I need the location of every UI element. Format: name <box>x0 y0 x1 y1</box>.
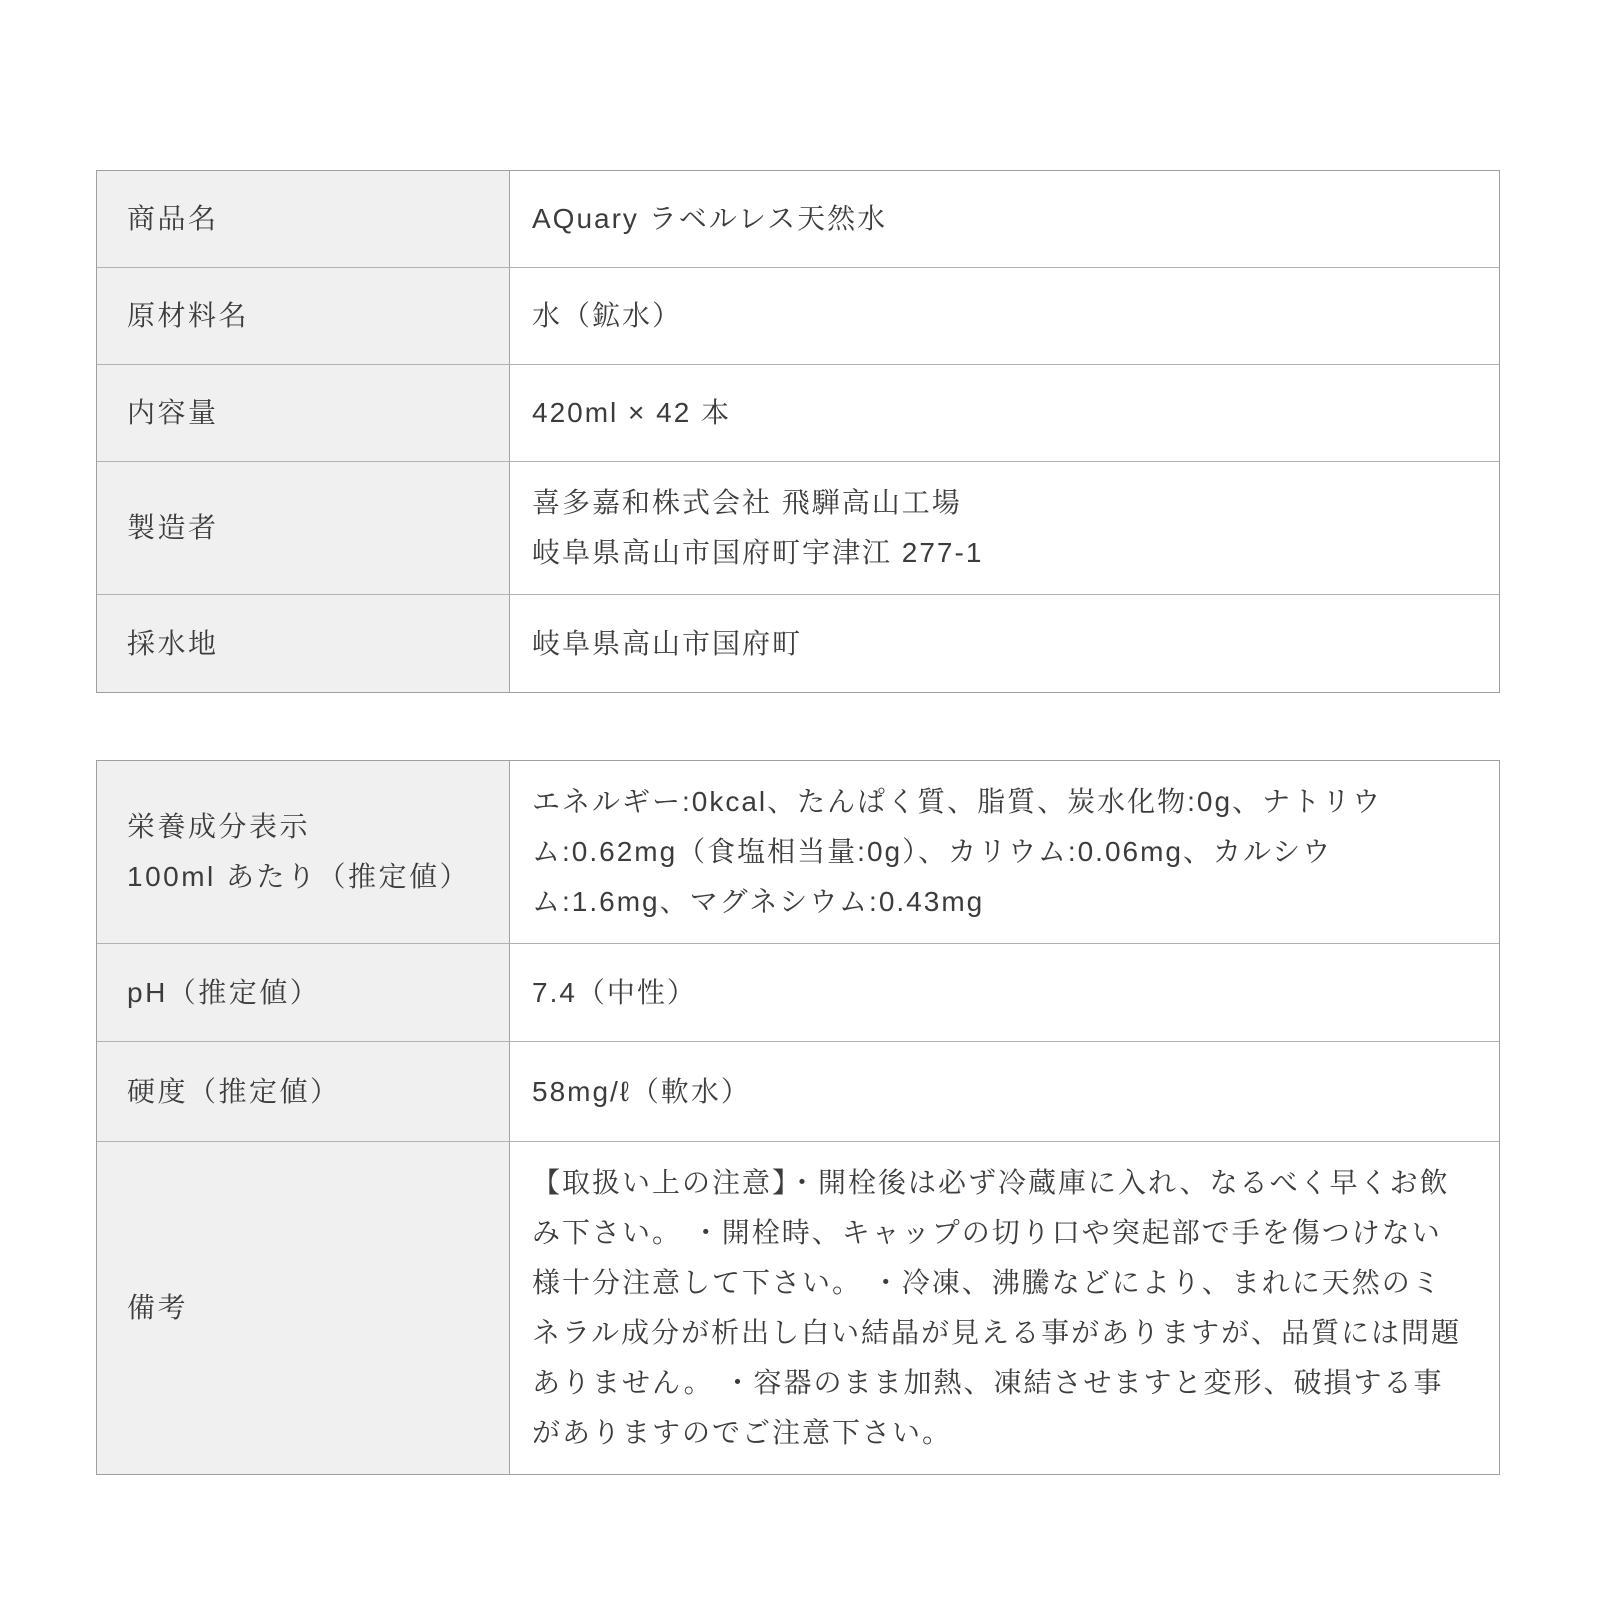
hardness-label: 硬度（推定値） <box>97 1042 510 1141</box>
product-name-label: 商品名 <box>97 171 510 267</box>
ingredients-value: 水（鉱水） <box>510 268 1499 364</box>
table-row: 内容量 420ml × 42 本 <box>97 364 1499 461</box>
content-volume-label: 内容量 <box>97 365 510 461</box>
table-row: 商品名 AQuary ラベルレス天然水 <box>97 171 1499 267</box>
ph-value: 7.4（中性） <box>510 944 1499 1041</box>
ph-label: pH（推定値） <box>97 944 510 1041</box>
ingredients-label: 原材料名 <box>97 268 510 364</box>
table-row: 硬度（推定値） 58mg/ℓ（軟水） <box>97 1041 1499 1141</box>
nutrition-facts-label: 栄養成分表示 100ml あたり（推定値） <box>97 761 510 943</box>
water-source-label: 採水地 <box>97 595 510 692</box>
table-row: 採水地 岐阜県高山市国府町 <box>97 594 1499 692</box>
product-name-value: AQuary ラベルレス天然水 <box>510 171 1499 267</box>
water-source-value: 岐阜県高山市国府町 <box>510 595 1499 692</box>
manufacturer-value: 喜多嘉和株式会社 飛騨高山工場 岐阜県高山市国府町宇津江 277-1 <box>510 462 1499 594</box>
hardness-value: 58mg/ℓ（軟水） <box>510 1042 1499 1141</box>
remarks-value: 【取扱い上の注意】・開栓後は必ず冷蔵庫に入れ、なるべく早くお飲み下さい。 ・開栓… <box>510 1142 1499 1474</box>
table-row: 栄養成分表示 100ml あたり（推定値） エネルギー:0kcal、たんぱく質、… <box>97 761 1499 943</box>
content-volume-value: 420ml × 42 本 <box>510 365 1499 461</box>
product-info-table: 商品名 AQuary ラベルレス天然水 原材料名 水（鉱水） 内容量 420ml… <box>96 170 1500 693</box>
quality-info-table: 栄養成分表示 100ml あたり（推定値） エネルギー:0kcal、たんぱく質、… <box>96 760 1500 1475</box>
nutrition-facts-value: エネルギー:0kcal、たんぱく質、脂質、炭水化物:0g、ナトリウム:0.62m… <box>510 761 1499 943</box>
manufacturer-label: 製造者 <box>97 462 510 594</box>
table-row: 製造者 喜多嘉和株式会社 飛騨高山工場 岐阜県高山市国府町宇津江 277-1 <box>97 461 1499 594</box>
table-row: pH（推定値） 7.4（中性） <box>97 943 1499 1041</box>
table-row: 備考 【取扱い上の注意】・開栓後は必ず冷蔵庫に入れ、なるべく早くお飲み下さい。 … <box>97 1141 1499 1474</box>
remarks-label: 備考 <box>97 1142 510 1474</box>
table-row: 原材料名 水（鉱水） <box>97 267 1499 364</box>
